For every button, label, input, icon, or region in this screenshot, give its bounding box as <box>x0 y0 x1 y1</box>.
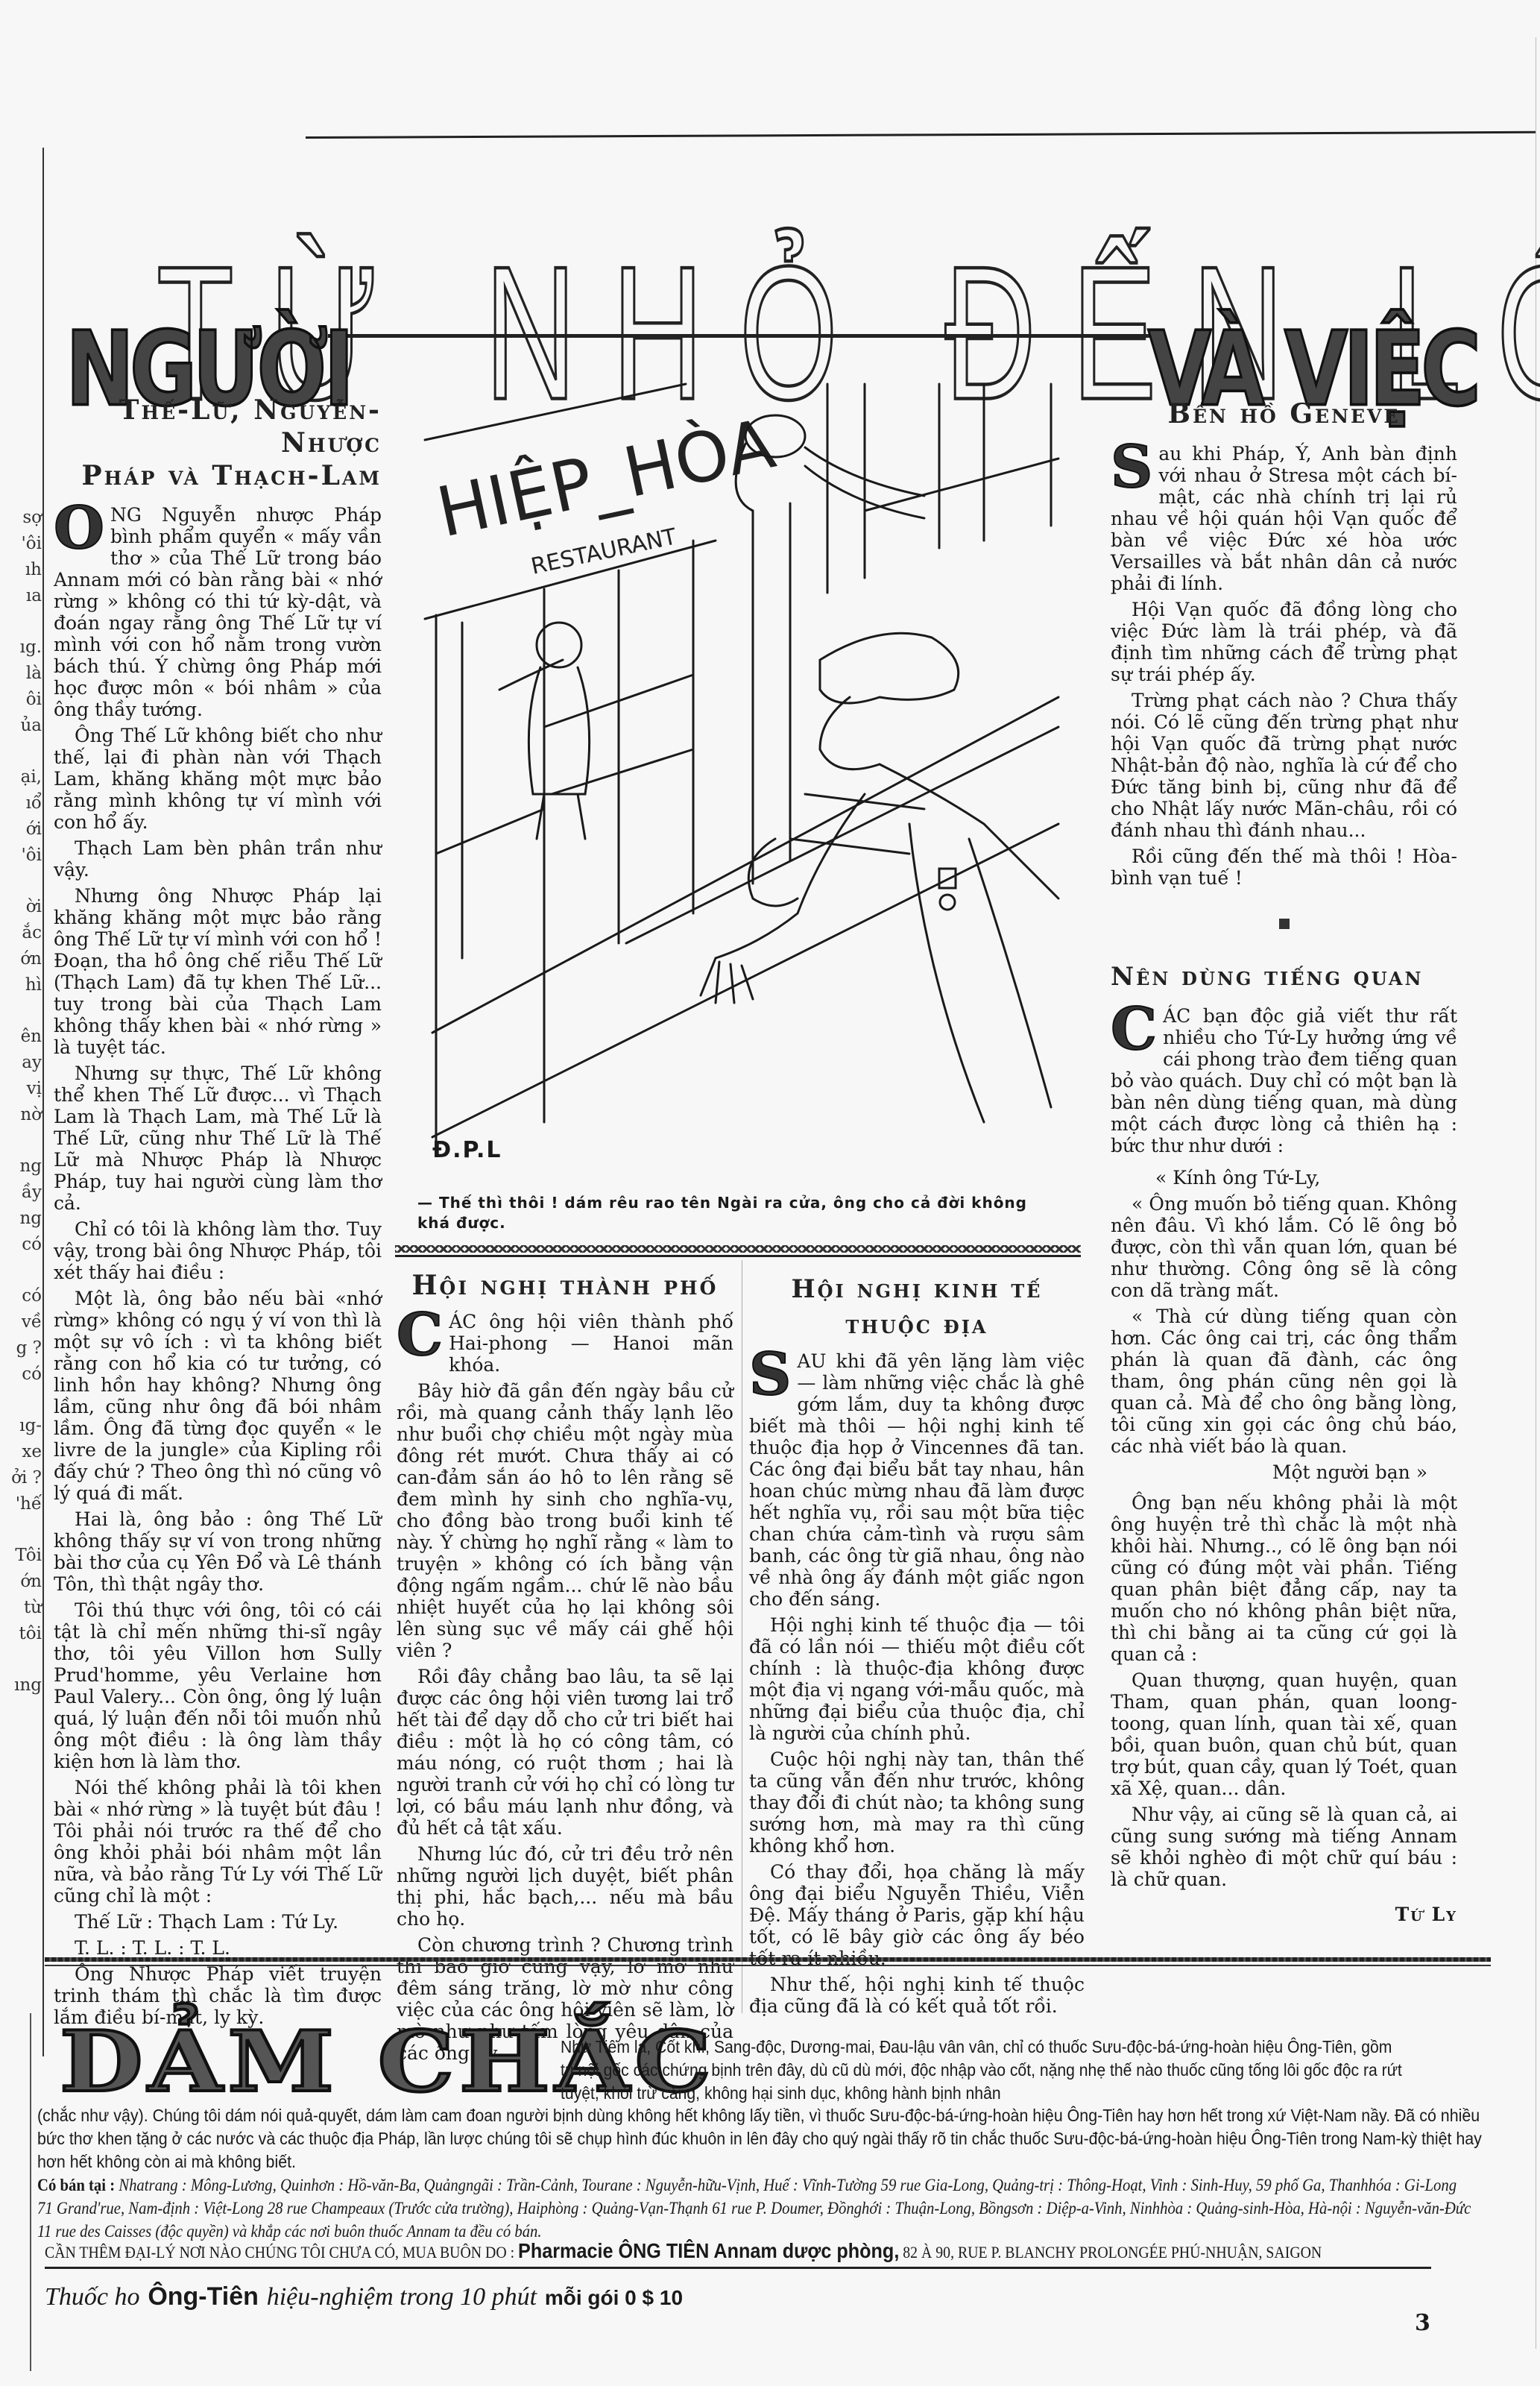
article-the-lu: Thế-Lữ, Nguyễn-Nhược Pháp và Thạch-Lam O… <box>54 394 382 2033</box>
margin-fragment: từ <box>7 1597 42 1619</box>
column-divider <box>742 1260 742 2013</box>
paragraph: Thế Lữ : Thạch Lam : Tứ Ly. <box>54 1911 382 1933</box>
paragraph: Chỉ có tôi là không làm thơ. Tuy vậy, tr… <box>54 1218 382 1283</box>
dropcap: S <box>1111 444 1152 491</box>
paragraph: Trừng phạt cách nào ? Chưa thấy nói. Có … <box>1111 690 1457 841</box>
ad-cough-text-1: Thuốc ho <box>45 2283 140 2311</box>
margin-fragment: có <box>7 1234 42 1256</box>
paragraph: ÁC bạn độc giả viết thư rất nhiều cho Tứ… <box>1111 1005 1457 1156</box>
dropcap: C <box>397 1312 443 1359</box>
margin-fragment: sợ <box>7 507 42 529</box>
paragraph: Tôi thú thực với ông, tôi có cái tật là … <box>54 1599 382 1772</box>
dropcap: C <box>1111 1007 1157 1053</box>
article-headline: Hội nghị thành phố <box>397 1268 733 1303</box>
margin-fragment: ay <box>7 1052 42 1074</box>
letter-salutation: « Kính ông Tứ-Ly, <box>1111 1167 1457 1189</box>
headline-line-1: Hội nghị kinh tế <box>749 1271 1085 1307</box>
margin-fragment: ại, <box>7 767 42 788</box>
ad-cough-text-2: hiệu-nghiệm trong 10 phút <box>267 2283 537 2311</box>
masthead: TỪ NHỎ ĐẾN LỚN NGƯỜI VÀ VIỆC <box>30 239 1483 388</box>
paragraph: Cuộc hội nghị này tan, thân thế ta cũng … <box>749 1748 1085 1857</box>
paragraph: Như thế, hội nghị kinh tế thuộc địa cũng… <box>749 1974 1085 2017</box>
article-headline-geneve: Bên hồ Geneve <box>1111 395 1457 432</box>
margin-fragment: ng <box>7 1208 42 1230</box>
paragraph: Nhưng lúc đó, cử tri đều trở nên những n… <box>397 1843 733 1930</box>
article-headline-tieng-quan: Nên dùng tiếng quan <box>1111 959 1457 995</box>
margin-fragment: ıổ <box>7 793 42 814</box>
margin-fragment: hì <box>7 975 42 996</box>
ad-agent-line: Cần thêm đại-lý nơi nào chúng tôi chưa c… <box>45 2241 1454 2263</box>
ad-top-rule <box>45 1957 1491 1962</box>
margin-fragment: nờ <box>7 1104 42 1126</box>
paragraph: Hội nghị kinh tế thuộc địa — tôi đã có l… <box>749 1614 1085 1744</box>
margin-fragment: ıa <box>7 585 42 607</box>
paragraph: Như vậy, ai cũng sẽ là quan cả, ai cũng … <box>1111 1804 1457 1890</box>
letter-signature: Một người bạn » <box>1111 1461 1457 1483</box>
ad-address: 82 à 90, RUE P. BLANCHY PROLONGÉE PHÚ-NH… <box>903 2243 1322 2261</box>
margin-fragment: ắc <box>7 922 42 944</box>
ad-cough-price: mỗi gói 0 $ 10 <box>545 2286 683 2309</box>
margin-fragment: ớn <box>7 948 42 970</box>
paragraph: Ông Thế Lữ không biết cho như thế, lại đ… <box>54 725 382 833</box>
letter-paragraph: « Ông muốn bỏ tiếng quan. Không nên đâu.… <box>1111 1193 1457 1301</box>
margin-fragment: vị <box>7 1078 42 1100</box>
paragraph: Rồi đây chẳng bao lâu, ta sẽ lại được cá… <box>397 1666 733 1839</box>
ad-agent-text: Cần thêm đại-lý nơi nào chúng tôi chưa c… <box>45 2243 514 2261</box>
margin-fragment: ıg. <box>7 637 42 658</box>
margin-fragment: ng <box>7 1156 42 1177</box>
margin-fragment: có <box>7 1285 42 1307</box>
ad-sellers: Có bán tại : Nhatrang : Mông-Lương, Quin… <box>37 2173 1473 2243</box>
masthead-bar <box>328 334 1163 338</box>
letter-paragraph: « Thà cứ dùng tiếng quan còn hơn. Các ôn… <box>1111 1306 1457 1457</box>
cartoon-drawing-icon: HIỆP_HÒA RESTAURANT <box>403 377 1066 1189</box>
margin-fragment: ới <box>7 819 42 840</box>
margin-fragment: tôi <box>7 1623 42 1645</box>
margin-fragment: ıg- <box>7 1415 42 1437</box>
ad-cough-brand: Ông-Tiên <box>148 2282 259 2311</box>
ad-cough-remedy: Thuốc ho Ông-Tiên hiệu-nghiệm trong 10 p… <box>45 2282 683 2311</box>
margin-fragment: ớn <box>7 1571 42 1593</box>
paragraph: ÁC ông hội viên thành phố Hai-phong — Ha… <box>449 1311 733 1376</box>
margin-fragment: 'ôi <box>7 845 42 866</box>
cartoon-caption: — Thế thì thôi ! dám rêu rao tên Ngài ra… <box>417 1193 1044 1233</box>
ad-body-top: Như Tiêm la, Cốt khí, Sang-độc, Dương-ma… <box>561 2036 1404 2105</box>
margin-fragment: có <box>7 1364 42 1385</box>
paragraph: T. L. : T. L. : T. L. <box>54 1937 382 1959</box>
ad-sellers-label: Có bán tại : <box>37 2176 115 2194</box>
paragraph: Quan thượng, quan huyện, quan Tham, quan… <box>1111 1669 1457 1799</box>
dropcap: S <box>749 1352 791 1398</box>
margin-fragment: xe <box>7 1441 42 1463</box>
author-signature: Tứ Ly <box>1111 1904 1457 1925</box>
left-margin-fragments: sợ'ôiıhıaıg.làôiủaại,ıổới'ôiờiắcớnhìênay… <box>7 507 42 1701</box>
divider-underline <box>395 1255 1081 1257</box>
paragraph: Rồi cũng đến thế mà thôi ! Hòa-bình vạn … <box>1111 846 1457 889</box>
left-margin-rule-lower <box>30 2013 31 2371</box>
article-headline: Hội nghị kinh tế thuộc địa <box>749 1271 1085 1343</box>
right-column: Bên hồ Geneve Sau khi Pháp, Ý, Anh bàn đ… <box>1111 395 1457 1925</box>
margin-fragment: về <box>7 1312 42 1333</box>
ad-top-rule-thin <box>45 1965 1491 1966</box>
ad-bottom-rule <box>45 2267 1431 2269</box>
paragraph: Bây hiờ đã gần đến ngày bầu cử rồi, mà q… <box>397 1380 733 1661</box>
margin-fragment: 'ôi <box>7 533 42 555</box>
margin-fragment: ıh <box>7 559 42 581</box>
svg-text:HIỆP_HÒA: HIỆP_HÒA <box>430 402 782 553</box>
paragraph: Nhưng ông Nhược Pháp lại khăng khăng một… <box>54 885 382 1058</box>
dropcap: O <box>54 506 104 552</box>
margin-fragment: g ? <box>7 1338 42 1359</box>
paragraph: Nhưng sự thực, Thế Lữ không thể khen Thế… <box>54 1063 382 1214</box>
margin-fragment: ıng <box>7 1675 42 1696</box>
ad-pharmacy-name: Pharmacie ÔNG TIÊN Annam dược phòng, <box>518 2239 899 2262</box>
article-hoi-nghi-kinh-te: Hội nghị kinh tế thuộc địa SAU khi đã yê… <box>749 1271 1085 2021</box>
ad-sellers-list: Nhatrang : Mông-Lương, Quinhơn : Hồ-văn-… <box>37 2176 1471 2241</box>
article-headline: Thế-Lữ, Nguyễn-Nhược Pháp và Thạch-Lam <box>54 394 382 492</box>
paragraph: Một là, ông bảo nếu bài «nhớ rừng» không… <box>54 1288 382 1504</box>
section-ornament <box>1279 919 1290 929</box>
paragraph: Thạch Lam bèn phân trần như vậy. <box>54 837 382 881</box>
margin-fragment: ời <box>7 896 42 918</box>
margin-fragment: ủa <box>7 715 42 737</box>
headline-line-1: Thế-Lữ, Nguyễn-Nhược <box>54 394 382 459</box>
margin-fragment: là <box>7 663 42 684</box>
paragraph: Ông bạn nếu không phải là một ông huyện … <box>1111 1492 1457 1665</box>
top-rule <box>306 131 1536 139</box>
margin-fragment: ôi <box>7 689 42 711</box>
paragraph: Nói thế không phải là tôi khen bài « nhớ… <box>54 1777 382 1907</box>
ad-body: (chắc như vậy). Chúng tôi dám nói quả-qu… <box>37 2104 1486 2173</box>
margin-fragment: ầy <box>7 1182 42 1203</box>
margin-fragment: Tôi <box>7 1545 42 1567</box>
paragraph: Hai là, ông bảo : ông Thế Lữ không thấy … <box>54 1508 382 1595</box>
left-margin-rule <box>42 148 44 2056</box>
article-hoi-nghi-thanh-pho: Hội nghị thành phố CÁC ông hội viên thàn… <box>397 1268 733 2068</box>
paragraph: au khi Pháp, Ý, Anh bàn định với nhau ở … <box>1111 443 1457 594</box>
paragraph: Có thay đổi, họa chăng là mấy ông đại bi… <box>749 1861 1085 1969</box>
zigzag-divider <box>395 1245 1081 1253</box>
headline-line-2: thuộc địa <box>749 1307 1085 1343</box>
headline-line-2: Pháp và Thạch-Lam <box>54 459 382 492</box>
cartoon-illustration: HIỆP_HÒA RESTAURANT <box>403 377 1066 1189</box>
cartoon-artist-signature: Đ.P.L <box>432 1137 502 1163</box>
paragraph: Hội Vạn quốc đã đồng lòng cho việc Đức l… <box>1111 599 1457 685</box>
margin-fragment: 'hế <box>7 1493 42 1515</box>
page-number: 3 <box>1415 2310 1430 2336</box>
paragraph: AU khi đã yên lặng làm việc — làm những … <box>749 1350 1085 1610</box>
margin-fragment: ên <box>7 1026 42 1048</box>
margin-fragment: ởi ? <box>7 1467 42 1489</box>
